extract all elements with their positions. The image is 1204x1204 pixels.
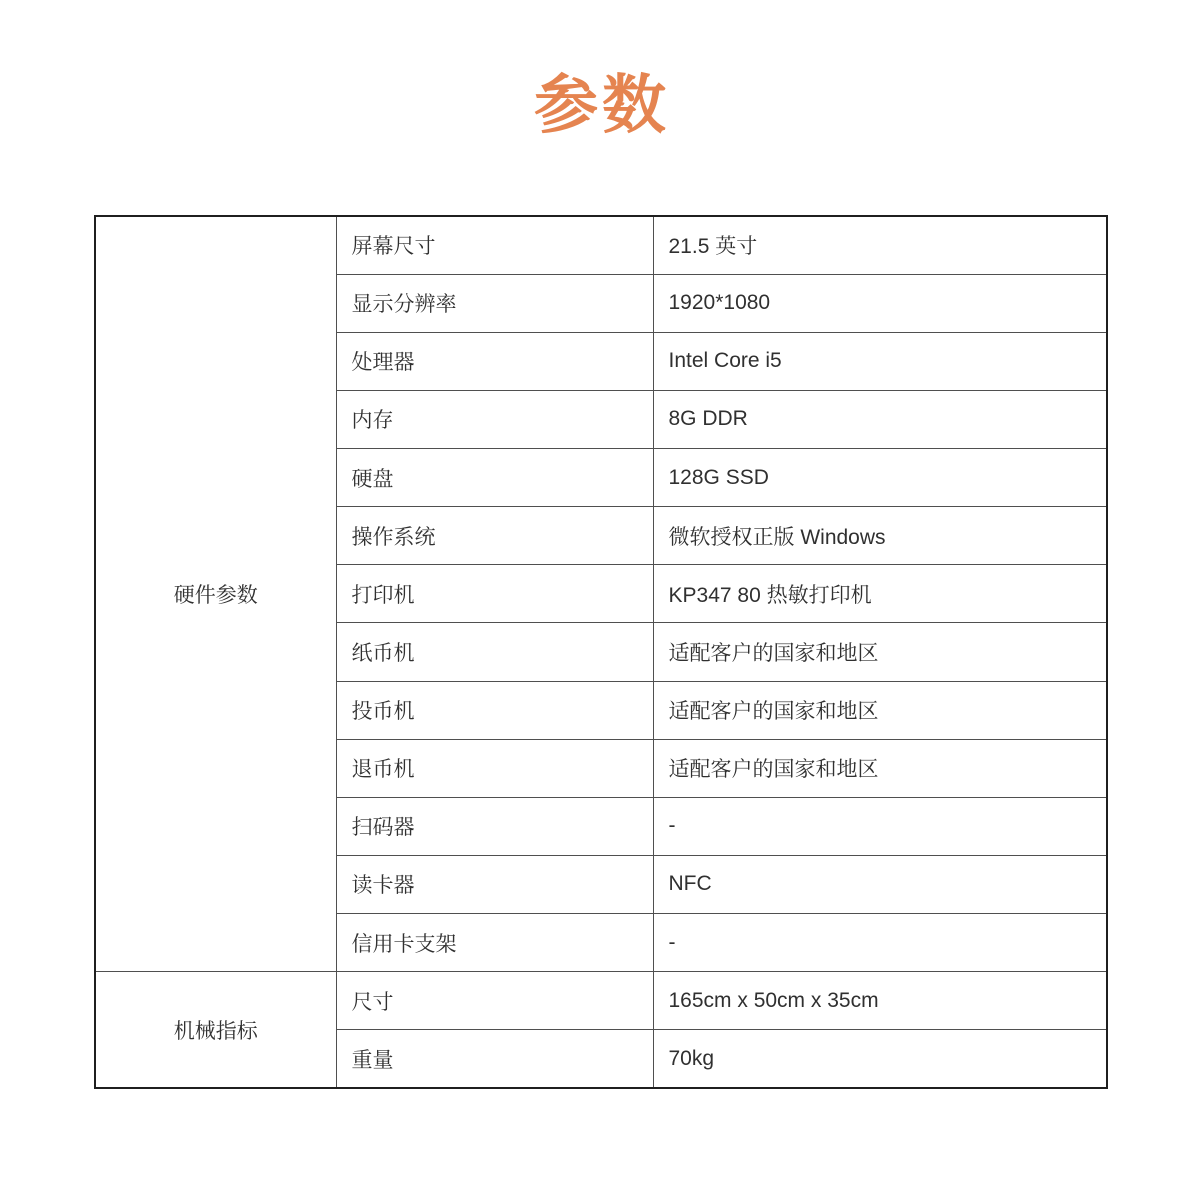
spec-label-cell: 尺寸 xyxy=(336,972,653,1030)
spec-label-cell: 打印机 xyxy=(336,565,653,623)
spec-value-cell: KP347 80 热敏打印机 xyxy=(653,565,1107,623)
spec-label-cell: 扫码器 xyxy=(336,797,653,855)
spec-value-cell: NFC xyxy=(653,855,1107,913)
spec-label-cell: 处理器 xyxy=(336,332,653,390)
spec-value-cell: 21.5 英寸 xyxy=(653,216,1107,274)
spec-label-cell: 退币机 xyxy=(336,739,653,797)
spec-label-cell: 投币机 xyxy=(336,681,653,739)
spec-value-cell: Intel Core i5 xyxy=(653,332,1107,390)
spec-value-cell: 适配客户的国家和地区 xyxy=(653,623,1107,681)
spec-label-cell: 硬盘 xyxy=(336,449,653,507)
spec-table-body: 硬件参数屏幕尺寸21.5 英寸显示分辨率1920*1080处理器Intel Co… xyxy=(95,216,1107,1088)
section-header-cell: 硬件参数 xyxy=(95,216,336,972)
spec-label-cell: 信用卡支架 xyxy=(336,914,653,972)
spec-value-cell: 1920*1080 xyxy=(653,274,1107,332)
spec-value-cell: - xyxy=(653,914,1107,972)
spec-table: 硬件参数屏幕尺寸21.5 英寸显示分辨率1920*1080处理器Intel Co… xyxy=(94,215,1108,1089)
spec-label-cell: 重量 xyxy=(336,1030,653,1088)
spec-value-cell: 8G DDR xyxy=(653,390,1107,448)
page-title: 参数 xyxy=(0,70,1204,140)
spec-value-cell: 适配客户的国家和地区 xyxy=(653,739,1107,797)
spec-label-cell: 纸币机 xyxy=(336,623,653,681)
section-header-cell: 机械指标 xyxy=(95,972,336,1088)
spec-label-cell: 内存 xyxy=(336,390,653,448)
spec-label-cell: 操作系统 xyxy=(336,507,653,565)
spec-value-cell: 70kg xyxy=(653,1030,1107,1088)
spec-label-cell: 屏幕尺寸 xyxy=(336,216,653,274)
table-row: 硬件参数屏幕尺寸21.5 英寸 xyxy=(95,216,1107,274)
spec-value-cell: 165cm x 50cm x 35cm xyxy=(653,972,1107,1030)
spec-value-cell: 128G SSD xyxy=(653,449,1107,507)
spec-value-cell: 适配客户的国家和地区 xyxy=(653,681,1107,739)
spec-page: 参数 硬件参数屏幕尺寸21.5 英寸显示分辨率1920*1080处理器Intel… xyxy=(0,0,1204,1204)
spec-value-cell: - xyxy=(653,797,1107,855)
spec-label-cell: 读卡器 xyxy=(336,855,653,913)
spec-value-cell: 微软授权正版 Windows xyxy=(653,507,1107,565)
table-row: 机械指标尺寸165cm x 50cm x 35cm xyxy=(95,972,1107,1030)
spec-label-cell: 显示分辨率 xyxy=(336,274,653,332)
